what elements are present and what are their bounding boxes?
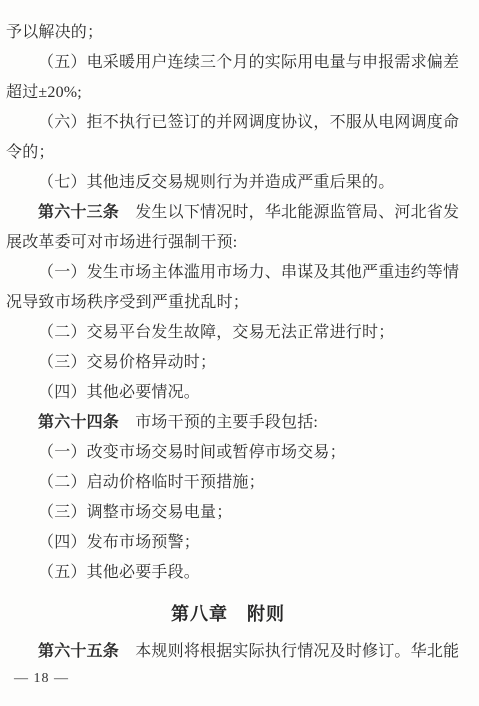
text-line: （一）发生市场主体滥用市场力、串谋及其他严重违约等情 — [6, 258, 450, 288]
document-closing: 第六十五条 本规则将根据实际执行情况及时修订。华北能 — [0, 637, 479, 667]
document-body: 予以解决的；（五）电采暖用户连续三个月的实际用电量与申报需求偏差超过±20%;（… — [0, 0, 479, 588]
text-line: （二）交易平台发生故障，交易无法正常进行时； — [6, 318, 450, 348]
article-number: 第六十四条 — [38, 414, 119, 431]
article-number: 第六十五条 — [38, 643, 119, 660]
document-page: 予以解决的；（五）电采暖用户连续三个月的实际用电量与申报需求偏差超过±20%;（… — [0, 0, 479, 706]
text-line: （五）电采暖用户连续三个月的实际用电量与申报需求偏差 — [6, 48, 450, 78]
text-line: 第六十五条 本规则将根据实际执行情况及时修订。华北能 — [6, 637, 450, 667]
text-line: 第六十四条 市场干预的主要手段包括: — [6, 408, 450, 438]
text-line: （七）其他违反交易规则行为并造成严重后果的。 — [6, 168, 450, 198]
text-line: （三）调整市场交易电量； — [6, 498, 450, 528]
text-line: 展改革委可对市场进行强制干预: — [6, 228, 450, 258]
chapter-heading: 第八章 附则 — [6, 599, 450, 629]
text-line: （六）拒不执行已签订的并网调度协议，不服从电网调度命 — [6, 108, 450, 138]
text-line: （一）改变市场交易时间或暂停市场交易； — [6, 438, 450, 468]
text-line: 第六十三条 发生以下情况时，华北能源监管局、河北省发 — [6, 198, 450, 228]
text-line: （四）发布市场预警； — [6, 528, 450, 558]
page-number: — 18 — — [14, 671, 69, 687]
text-line: 超过±20%; — [6, 78, 450, 108]
article-number: 第六十三条 — [38, 204, 119, 221]
text-line: （二）启动价格临时干预措施； — [6, 468, 450, 498]
text-line: （三）交易价格异动时； — [6, 348, 450, 378]
text-line: 予以解决的； — [6, 18, 450, 48]
text-line: 况导致市场秩序受到严重扰乱时； — [6, 288, 450, 318]
text-line: （五）其他必要手段。 — [6, 558, 450, 588]
text-line: 令的； — [6, 138, 450, 168]
text-line: （四）其他必要情况。 — [6, 378, 450, 408]
